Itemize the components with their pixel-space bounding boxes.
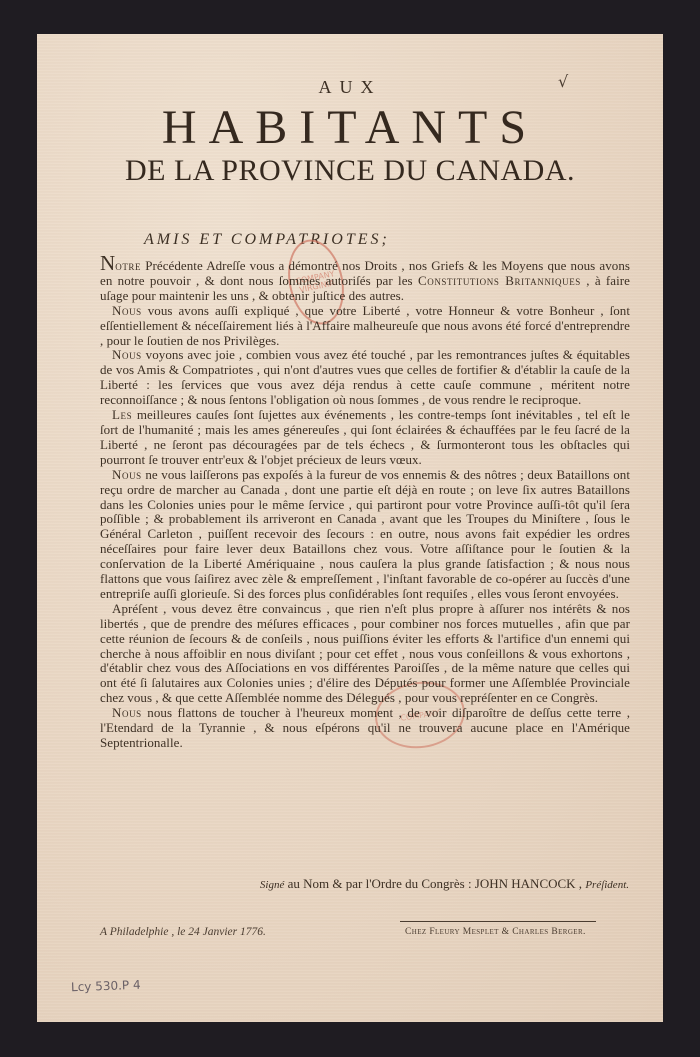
heading-habitants: HABITANTS — [37, 102, 663, 154]
heading-aux: AUX — [37, 77, 663, 98]
paragraph: Les meilleures cauſes ſont ſujettes aux … — [100, 408, 630, 468]
paragraph: Notre Précédente Adreſſe vous a démontré… — [100, 256, 630, 304]
document-page: √ AUX HABITANTS DE LA PROVINCE DU CANADA… — [37, 34, 663, 1022]
body-text: Notre Précédente Adreſſe vous a démontré… — [100, 256, 630, 751]
paragraph: Nous voyons avec joie , combien vous ave… — [100, 348, 630, 408]
printer-rule — [400, 921, 596, 922]
paragraph: Nous vous avons auſſi expliqué , que vot… — [100, 304, 630, 349]
salutation: AMIS ET COMPATRIOTES; — [144, 231, 390, 249]
shelfmark-note: Lcy 530.P 4 — [71, 979, 141, 993]
paragraph: Apréſent , vous devez être convaincus , … — [100, 602, 630, 706]
paragraph: Nous nous flattons de toucher à l'heureu… — [100, 706, 630, 751]
place-date: A Philadelphie , le 24 Janvier 1776. — [100, 926, 266, 938]
printer-imprint: Chez Fleury Mesplet & Charles Berger. — [405, 927, 586, 937]
drop-cap: N — [100, 251, 115, 275]
paragraph: Nous ne vous laiſſerons pas expoſés à la… — [100, 468, 630, 602]
heading-province: DE LA PROVINCE DU CANADA. — [37, 154, 663, 188]
signature-line: Signé au Nom & par l'Ordre du Congrès : … — [249, 876, 629, 892]
